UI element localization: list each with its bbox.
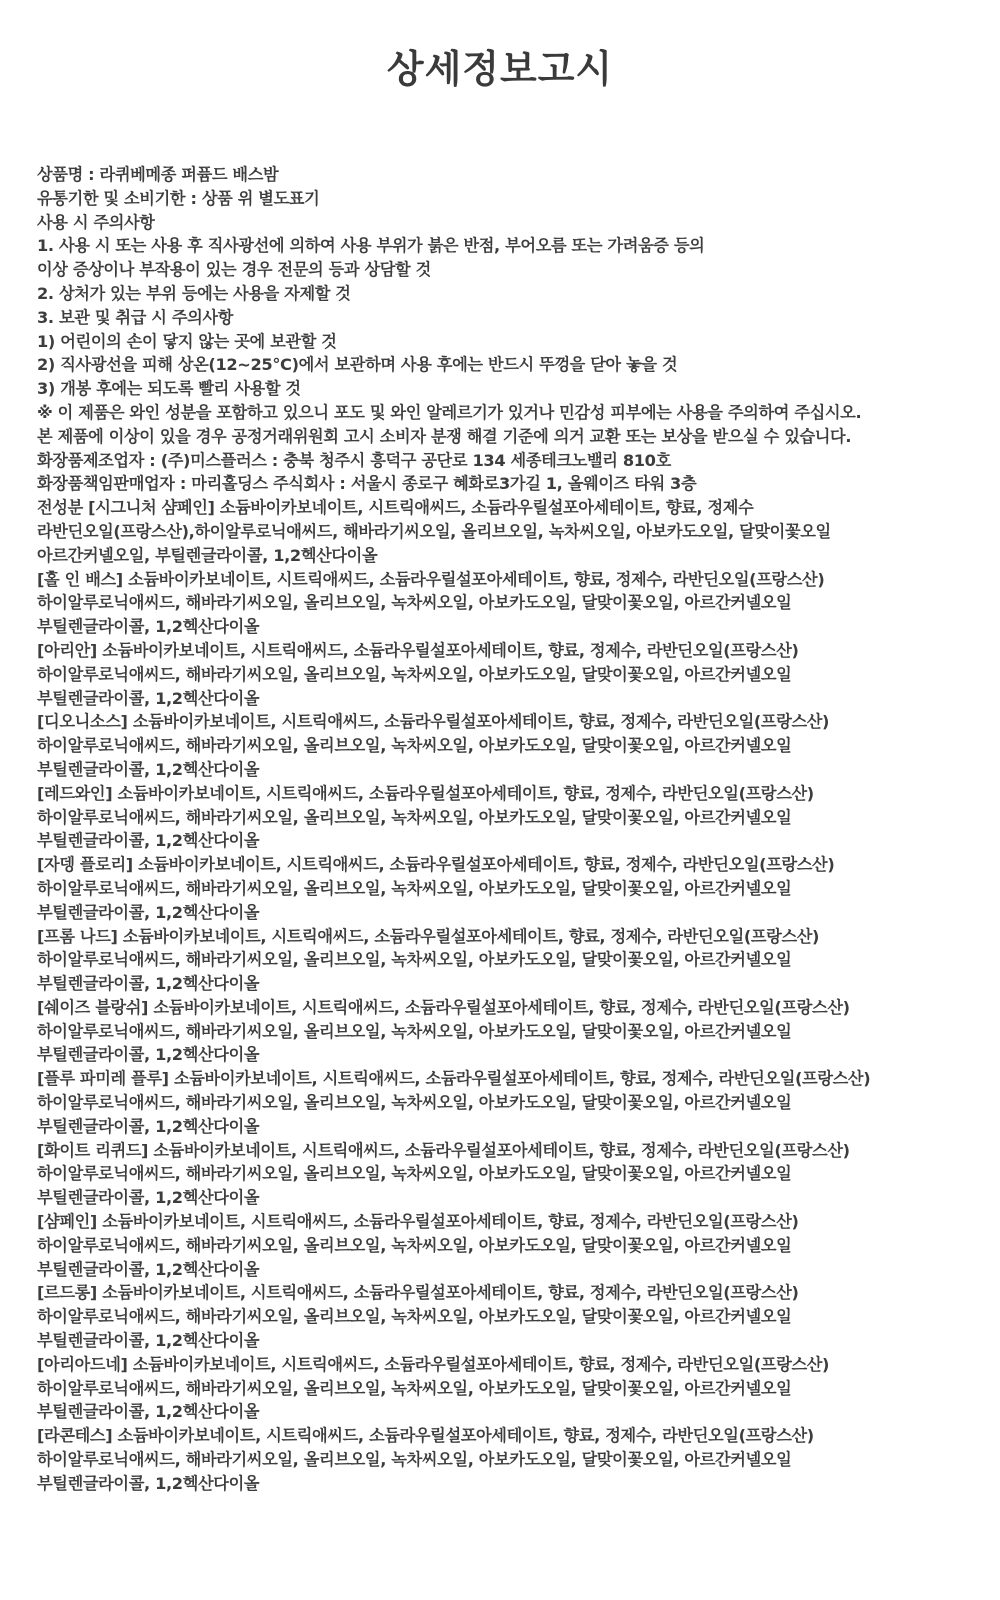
variant-line-2: 하이알루로닉애씨드, 해바라기씨오일, 올리브오일, 녹차씨오일, 아보카도오일… [37,1305,987,1329]
variant-line-2: 하이알루로닉애씨드, 해바라기씨오일, 올리브오일, 녹차씨오일, 아보카도오일… [37,1234,987,1258]
ingredients-variant: [라콘테스] 소듐바이카보네이트, 시트릭애씨드, 소듐라우릴설포아세테이트, … [37,1424,987,1495]
ingredients-variant: [홀 인 배스] 소듐바이카보네이트, 시트릭애씨드, 소듐라우릴설포아세테이트… [37,568,987,639]
variant-line-1: [디오니소스] 소듐바이카보네이트, 시트릭애씨드, 소듐라우릴설포아세테이트,… [37,710,987,734]
variant-line-1: [플루 파미레 플루] 소듐바이카보네이트, 시트릭애씨드, 소듐라우릴설포아세… [37,1067,987,1091]
variant-line-3: 부틸렌글라이콜, 1,2헥산다이올 [37,1115,987,1139]
variant-line-1: [자뎅 플로리] 소듐바이카보네이트, 시트릭애씨드, 소듐라우릴설포아세테이트… [37,853,987,877]
ingredients-variant: [아리안] 소듐바이카보네이트, 시트릭애씨드, 소듐라우릴설포아세테이트, 향… [37,639,987,710]
variant-line-1: [아리안] 소듐바이카보네이트, 시트릭애씨드, 소듐라우릴설포아세테이트, 향… [37,639,987,663]
product-notice-body: 상품명 : 라퀴베메종 퍼퓸드 배스밤 유통기한 및 소비기한 : 상품 위 별… [37,163,987,1496]
ingredients-variant: [샴페인] 소듐바이카보네이트, 시트릭애씨드, 소듐라우릴설포아세테이트, 향… [37,1210,987,1281]
variant-line-2: 하이알루로닉애씨드, 해바라기씨오일, 올리브오일, 녹차씨오일, 아보카도오일… [37,1020,987,1044]
wine-allergy-note: ※ 이 제품은 와인 성분을 포함하고 있으니 포도 및 와인 알레르기가 있거… [37,401,987,425]
caution-item-3: 3. 보관 및 취급 시 주의사항 [37,306,987,330]
variant-line-3: 부틸렌글라이콜, 1,2헥산다이올 [37,1472,987,1496]
variant-line-2: 하이알루로닉애씨드, 해바라기씨오일, 올리브오일, 녹차씨오일, 아보카도오일… [37,591,987,615]
ingredients-variant: [자뎅 플로리] 소듐바이카보네이트, 시트릭애씨드, 소듐라우릴설포아세테이트… [37,853,987,924]
page-title: 상세정보고시 [0,38,1000,93]
variant-line-3: 부틸렌글라이콜, 1,2헥산다이올 [37,1186,987,1210]
variant-line-2: 하이알루로닉애씨드, 해바라기씨오일, 올리브오일, 녹차씨오일, 아보카도오일… [37,1091,987,1115]
manufacturer-info: 화장품제조업자 : (주)미스플러스 : 충북 청주시 흥덕구 공단로 134 … [37,449,987,473]
ingredients-variant: [쉐이즈 블랑쉬] 소듐바이카보네이트, 시트릭애씨드, 소듐라우릴설포아세테이… [37,996,987,1067]
variant-line-2: 하이알루로닉애씨드, 해바라기씨오일, 올리브오일, 녹차씨오일, 아보카도오일… [37,663,987,687]
caution-item-1a: 1. 사용 시 또는 사용 후 직사광선에 의하여 사용 부위가 붉은 반점, … [37,234,987,258]
ingredients-variant: [레드와인] 소듐바이카보네이트, 시트릭애씨드, 소듐라우릴설포아세테이트, … [37,782,987,853]
variant-line-1: [쉐이즈 블랑쉬] 소듐바이카보네이트, 시트릭애씨드, 소듐라우릴설포아세테이… [37,996,987,1020]
caution-item-3-1: 1) 어린이의 손이 닿지 않는 곳에 보관할 것 [37,330,987,354]
caution-item-3-3: 3) 개봉 후에는 되도록 빨리 사용할 것 [37,377,987,401]
variant-line-3: 부틸렌글라이콜, 1,2헥산다이올 [37,1329,987,1353]
ingredients-signature-line-1: 전성분 [시그니처 샴페인] 소듐바이카보네이트, 시트릭애씨드, 소듐라우릴설… [37,496,987,520]
ingredients-signature-line-3: 아르간커넬오일, 부틸렌글라이콜, 1,2헥산다이올 [37,544,987,568]
variant-line-3: 부틸렌글라이콜, 1,2헥산다이올 [37,972,987,996]
distributor-info: 화장품책임판매업자 : 마리홀딩스 주식회사 : 서울시 종로구 혜화로3가길 … [37,472,987,496]
variant-line-2: 하이알루로닉애씨드, 해바라기씨오일, 올리브오일, 녹차씨오일, 아보카도오일… [37,1448,987,1472]
ingredients-variant: [아리아드네] 소듐바이카보네이트, 시트릭애씨드, 소듐라우릴설포아세테이트,… [37,1353,987,1424]
variant-line-3: 부틸렌글라이콜, 1,2헥산다이올 [37,1258,987,1282]
ingredients-variant: [화이트 리퀴드] 소듐바이카보네이트, 시트릭애씨드, 소듐라우릴설포아세테이… [37,1139,987,1210]
caution-heading: 사용 시 주의사항 [37,211,987,235]
variant-line-1: [샴페인] 소듐바이카보네이트, 시트릭애씨드, 소듐라우릴설포아세테이트, 향… [37,1210,987,1234]
compensation-note: 본 제품에 이상이 있을 경우 공정거래위원회 고시 소비자 분쟁 해결 기준에… [37,425,987,449]
caution-item-3-2: 2) 직사광선을 피해 상온(12~25°C)에서 보관하며 사용 후에는 반드… [37,353,987,377]
variant-line-1: [레드와인] 소듐바이카보네이트, 시트릭애씨드, 소듐라우릴설포아세테이트, … [37,782,987,806]
variant-line-1: [프롬 나드] 소듐바이카보네이트, 시트릭애씨드, 소듐라우릴설포아세테이트,… [37,925,987,949]
ingredients-variant: [플루 파미레 플루] 소듐바이카보네이트, 시트릭애씨드, 소듐라우릴설포아세… [37,1067,987,1138]
variant-line-3: 부틸렌글라이콜, 1,2헥산다이올 [37,1400,987,1424]
caution-item-1b: 이상 증상이나 부작용이 있는 경우 전문의 등과 상담할 것 [37,258,987,282]
variant-line-2: 하이알루로닉애씨드, 해바라기씨오일, 올리브오일, 녹차씨오일, 아보카도오일… [37,806,987,830]
product-name: 상품명 : 라퀴베메종 퍼퓸드 배스밤 [37,163,987,187]
ingredients-variant: [프롬 나드] 소듐바이카보네이트, 시트릭애씨드, 소듐라우릴설포아세테이트,… [37,925,987,996]
variant-line-3: 부틸렌글라이콜, 1,2헥산다이올 [37,687,987,711]
caution-item-2: 2. 상처가 있는 부위 등에는 사용을 자제할 것 [37,282,987,306]
ingredients-signature-line-2: 라반딘오일(프랑스산),하이알루로닉애씨드, 해바라기씨오일, 올리브오일, 녹… [37,520,987,544]
variant-line-2: 하이알루로닉애씨드, 해바라기씨오일, 올리브오일, 녹차씨오일, 아보카도오일… [37,877,987,901]
variant-line-1: [아리아드네] 소듐바이카보네이트, 시트릭애씨드, 소듐라우릴설포아세테이트,… [37,1353,987,1377]
variant-line-1: [르드롱] 소듐바이카보네이트, 시트릭애씨드, 소듐라우릴설포아세테이트, 향… [37,1281,987,1305]
expiry-date: 유통기한 및 소비기한 : 상품 위 별도표기 [37,187,987,211]
variant-line-3: 부틸렌글라이콜, 1,2헥산다이올 [37,901,987,925]
ingredients-variant: [르드롱] 소듐바이카보네이트, 시트릭애씨드, 소듐라우릴설포아세테이트, 향… [37,1281,987,1352]
variant-line-2: 하이알루로닉애씨드, 해바라기씨오일, 올리브오일, 녹차씨오일, 아보카도오일… [37,1377,987,1401]
variant-line-2: 하이알루로닉애씨드, 해바라기씨오일, 올리브오일, 녹차씨오일, 아보카도오일… [37,1162,987,1186]
variant-line-3: 부틸렌글라이콜, 1,2헥산다이올 [37,758,987,782]
variant-line-1: [화이트 리퀴드] 소듐바이카보네이트, 시트릭애씨드, 소듐라우릴설포아세테이… [37,1139,987,1163]
variant-line-2: 하이알루로닉애씨드, 해바라기씨오일, 올리브오일, 녹차씨오일, 아보카도오일… [37,948,987,972]
variant-line-3: 부틸렌글라이콜, 1,2헥산다이올 [37,615,987,639]
variant-line-3: 부틸렌글라이콜, 1,2헥산다이올 [37,829,987,853]
ingredients-variant: [디오니소스] 소듐바이카보네이트, 시트릭애씨드, 소듐라우릴설포아세테이트,… [37,710,987,781]
variant-line-1: [라콘테스] 소듐바이카보네이트, 시트릭애씨드, 소듐라우릴설포아세테이트, … [37,1424,987,1448]
variant-line-3: 부틸렌글라이콜, 1,2헥산다이올 [37,1043,987,1067]
variant-line-2: 하이알루로닉애씨드, 해바라기씨오일, 올리브오일, 녹차씨오일, 아보카도오일… [37,734,987,758]
variant-line-1: [홀 인 배스] 소듐바이카보네이트, 시트릭애씨드, 소듐라우릴설포아세테이트… [37,568,987,592]
